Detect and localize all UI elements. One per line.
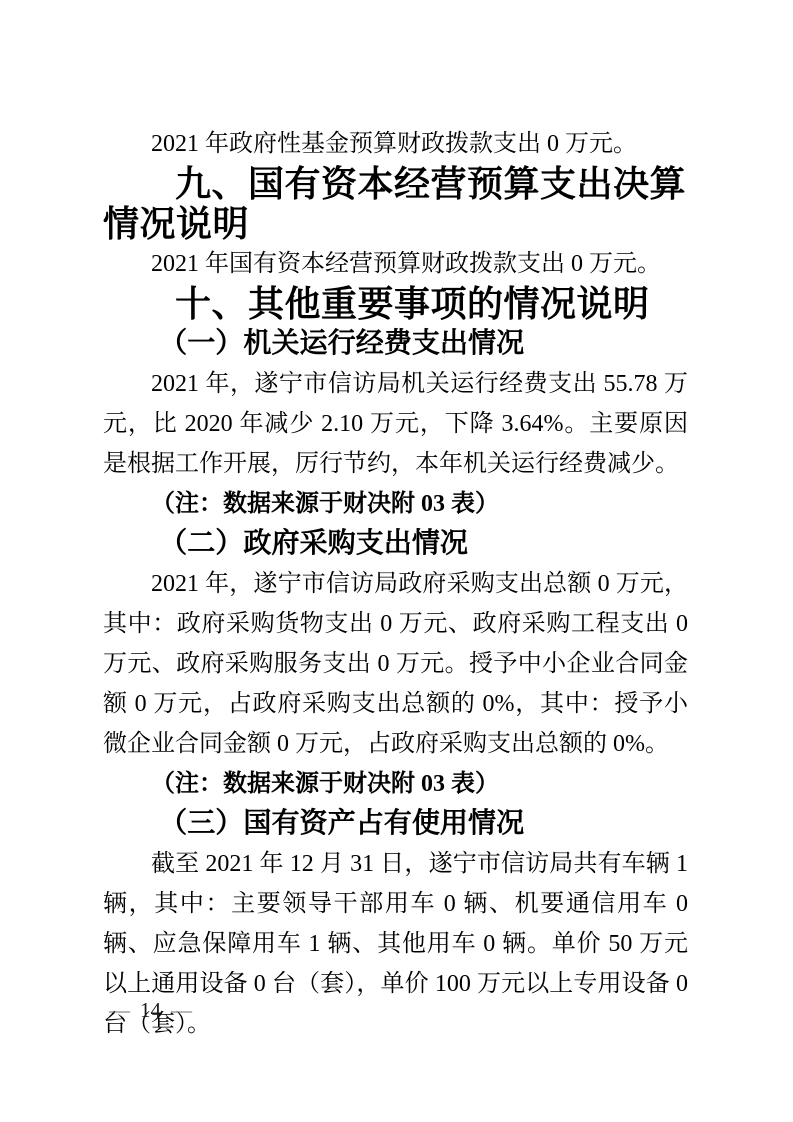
paragraph-state-capital-expenditure: 2021 年国有资本经营预算财政拨款支出 0 万元。	[103, 244, 688, 284]
footer-dash-left: —	[103, 998, 136, 1022]
paragraph-gov-procurement: 2021 年，遂宁市信访局政府采购支出总额 0 万元，其中：政府采购货物支出 0…	[103, 564, 688, 764]
page-number: 14	[136, 998, 165, 1022]
page-footer: —14—	[103, 996, 198, 1024]
note-data-source-1: （注：数据来源于财决附 03 表）	[103, 484, 688, 524]
note-data-source-2: （注：数据来源于财决附 03 表）	[103, 764, 688, 804]
footer-dash-right: —	[165, 998, 198, 1022]
heading-section-ten: 十、其他重要事项的情况说明	[103, 284, 688, 324]
subheading-operating-expenses: （一）机关运行经费支出情况	[103, 324, 688, 364]
document-body: 2021 年政府性基金预算财政拨款支出 0 万元。 九、国有资本经营预算支出决算…	[103, 124, 688, 1044]
paragraph-operating-expenses: 2021 年，遂宁市信访局机关运行经费支出 55.78 万元，比 2020 年减…	[103, 364, 688, 484]
subheading-state-assets: （三）国有资产占有使用情况	[103, 804, 688, 844]
document-page: 2021 年政府性基金预算财政拨款支出 0 万元。 九、国有资本经营预算支出决算…	[0, 0, 793, 1122]
heading-section-nine: 九、国有资本经营预算支出决算情况说明	[103, 164, 688, 244]
paragraph-gov-fund-expenditure: 2021 年政府性基金预算财政拨款支出 0 万元。	[103, 124, 688, 164]
subheading-gov-procurement: （二）政府采购支出情况	[103, 524, 688, 564]
